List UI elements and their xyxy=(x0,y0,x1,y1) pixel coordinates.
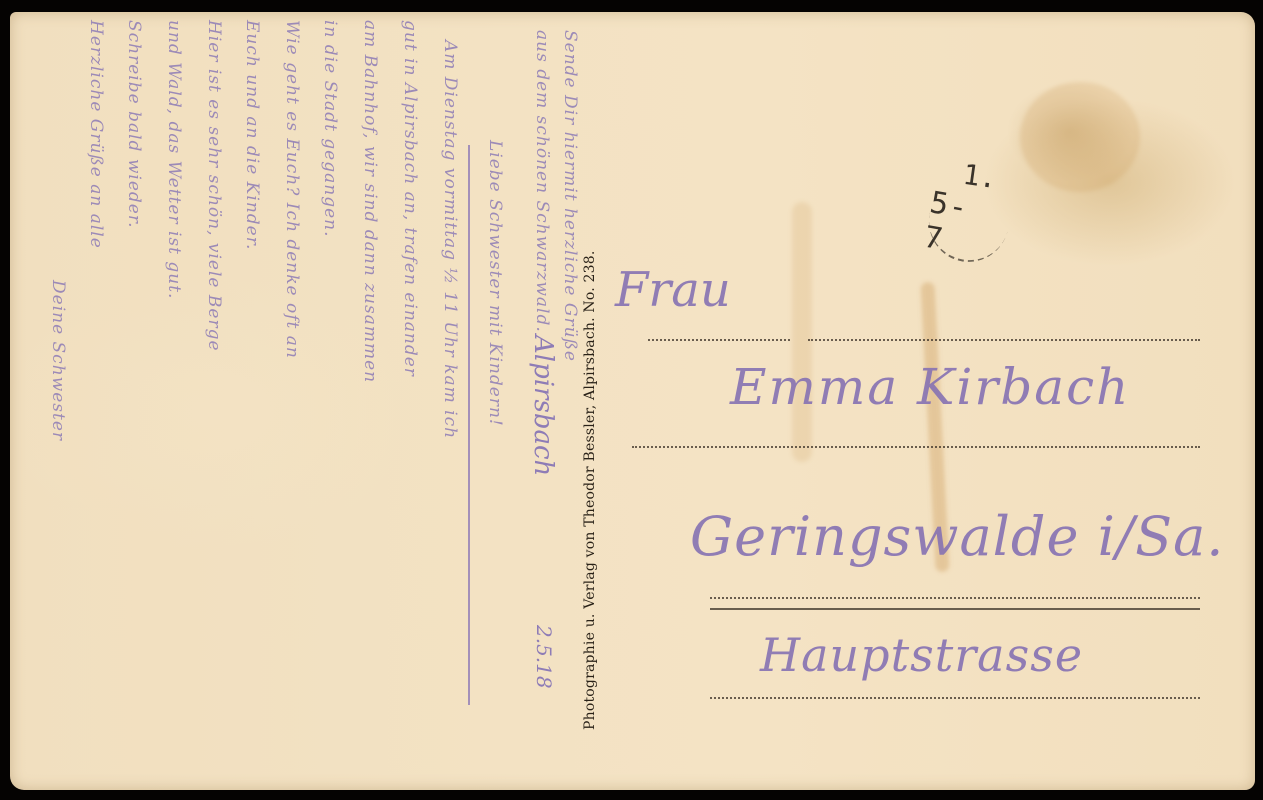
message-line: Wie geht es Euch? Ich denke oft an xyxy=(282,20,302,359)
address-dotted-line xyxy=(632,446,1200,448)
address-dotted-line xyxy=(648,339,790,341)
message-line: Sende Dir hiermit herzliche Grüße xyxy=(560,30,580,362)
address-dotted-line xyxy=(808,339,1200,341)
message-line: in die Stadt gegangen. xyxy=(320,20,340,238)
address-street: Hauptstrasse xyxy=(760,628,1083,682)
water-stain xyxy=(1020,82,1140,192)
message-line: Deine Schwester xyxy=(48,280,68,441)
water-stain xyxy=(792,202,812,462)
greeting-underline xyxy=(468,145,470,705)
message-line: am Bahnhof, wir sind dann zusammen xyxy=(360,20,380,383)
address-dotted-line xyxy=(710,697,1200,699)
message-line: Schreibe bald wieder. xyxy=(124,20,144,228)
handwritten-message: Sende Dir hiermit herzliche Grüße aus de… xyxy=(40,20,600,760)
address-solid-line xyxy=(710,608,1200,610)
message-line: aus dem schönen Schwarzwald. xyxy=(532,30,552,333)
address-salutation: Frau xyxy=(615,262,731,318)
message-line: gut in Alpirsbach an, trafen einander xyxy=(400,20,420,377)
message-greeting: Liebe Schwester mit Kindern! xyxy=(485,140,505,427)
message-line: Euch und an die Kinder. xyxy=(242,20,262,250)
message-place: Alpirsbach xyxy=(528,335,558,476)
publisher-imprint: Photographie u. Verlag von Theodor Bessl… xyxy=(582,30,598,730)
message-line: und Wald, das Wetter ist gut. xyxy=(164,20,184,299)
message-line: Am Dienstag vormittag ½ 11 Uhr kam ich xyxy=(440,40,460,439)
address-recipient-name: Emma Kirbach xyxy=(730,358,1130,416)
message-date: 2.5.18 xyxy=(532,625,556,689)
address-dotted-line xyxy=(710,597,1200,599)
message-line: Hier ist es sehr schön, viele Berge xyxy=(204,20,224,352)
message-line: Herzliche Grüße an alle xyxy=(86,20,106,249)
address-city: Geringswalde i/Sa. xyxy=(690,505,1224,568)
